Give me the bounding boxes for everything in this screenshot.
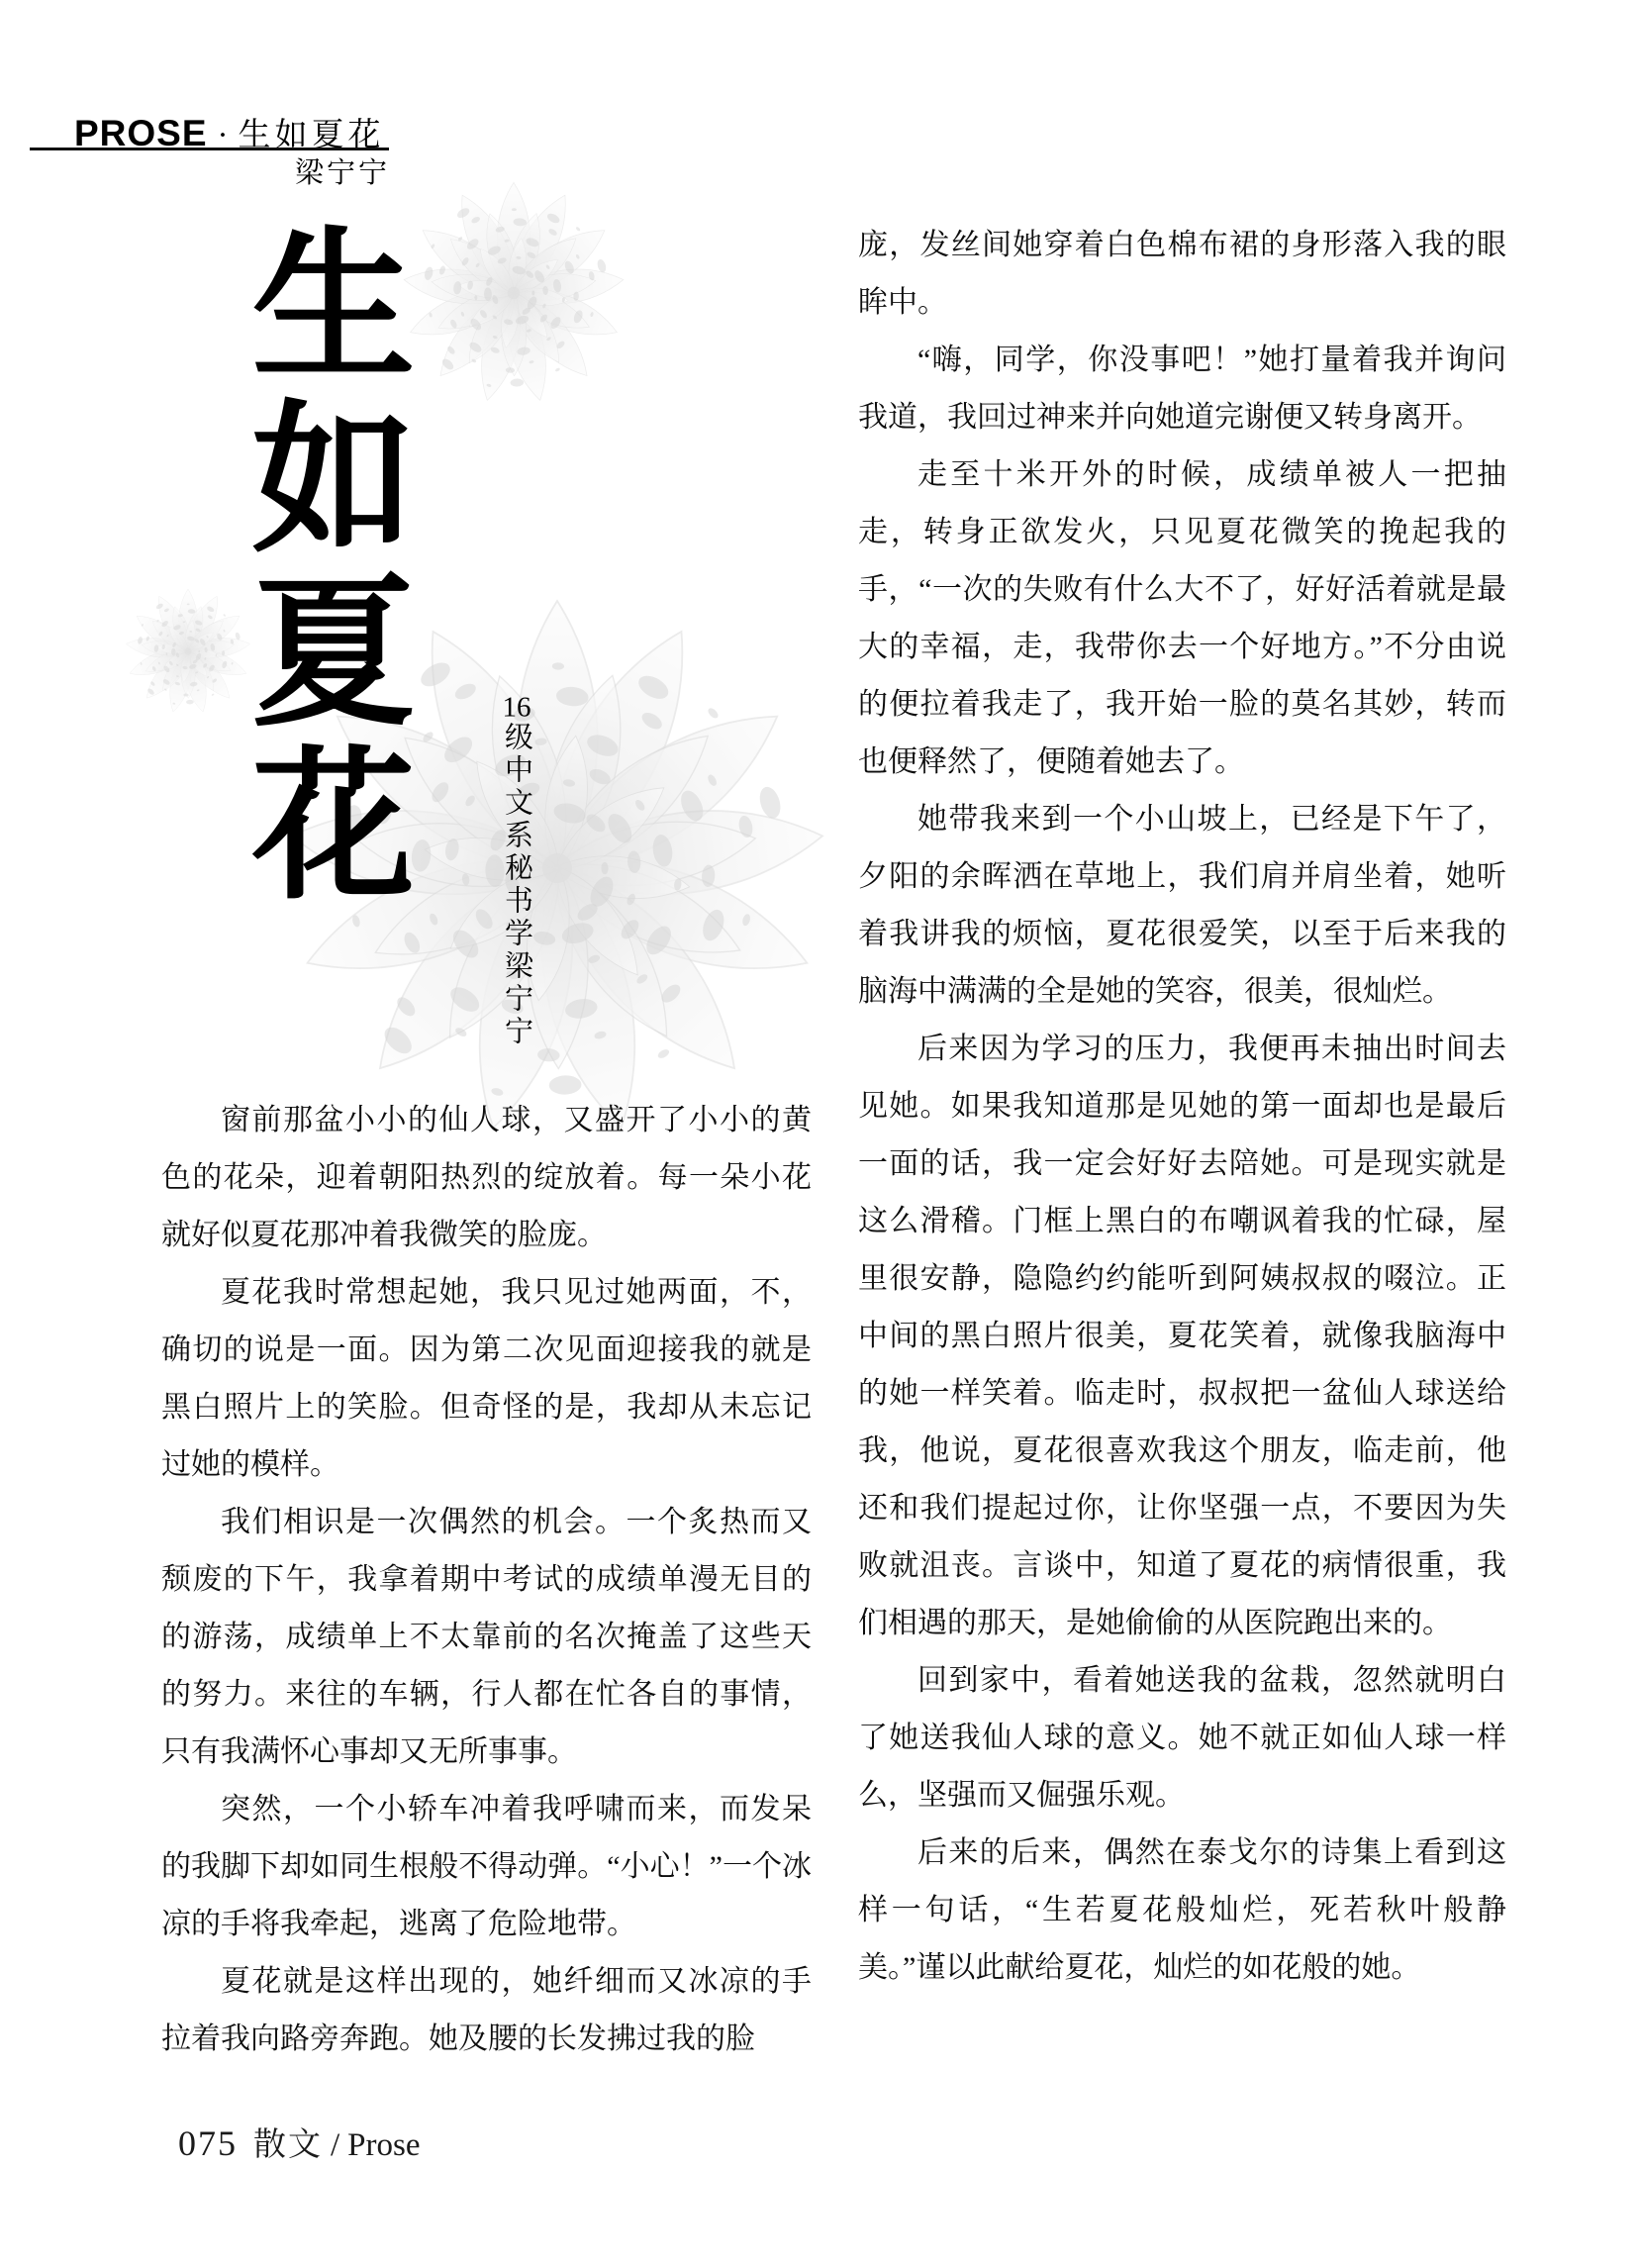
paragraph: 突然，一个小轿车冲着我呼啸而来，而发呆的我脚下却如同生根般不得动弹。“小心！”一… xyxy=(161,1781,812,1953)
page-number: 075 xyxy=(178,2123,238,2163)
paragraph: 庞，发丝间她穿着白色棉布裙的身形落入我的眼眸中。 xyxy=(858,217,1506,332)
magazine-page: PROSE·生如夏花 梁宁宁 生如夏花 16级中文系秘书学梁宁宁 窗前那盆小小的… xyxy=(0,0,1640,2268)
title-character: 生 xyxy=(249,222,418,395)
paragraph: 回到家中，看着她送我的盆栽，忽然就明白了她送我仙人球的意义。她不就正如仙人球一样… xyxy=(858,1652,1506,1824)
title-character: 夏 xyxy=(249,568,418,741)
text-column-right: 庞，发丝间她穿着白色棉布裙的身形落入我的眼眸中。“嗨，同学，你没事吧！”她打量着… xyxy=(858,217,1506,1997)
paragraph: 后来的后来，偶然在泰戈尔的诗集上看到这样一句话，“生若夏花般灿烂，死若秋叶般静美… xyxy=(858,1824,1506,1997)
article-byline: 16级中文系秘书学梁宁宁 xyxy=(497,693,537,1069)
section-name-en: Prose xyxy=(347,2127,420,2163)
text-column-left: 窗前那盆小小的仙人球，又盛开了小小的黄色的花朵，迎着朝阳热烈的绽放着。每一朵小花… xyxy=(161,1092,812,2068)
paragraph: 窗前那盆小小的仙人球，又盛开了小小的黄色的花朵，迎着朝阳热烈的绽放着。每一朵小花… xyxy=(161,1092,812,1264)
author-name: 梁宁宁 xyxy=(295,150,394,191)
byline-cohort-number: 16 xyxy=(501,693,532,722)
paragraph: 走至十米开外的时候，成绩单被人一把抽走，转身正欲发火，只见夏花微笑的挽起我的手，… xyxy=(858,446,1506,791)
paragraph: 我们相识是一次偶然的机会。一个炙热而又颓废的下午，我拿着期中考试的成绩单漫无目的… xyxy=(161,1494,812,1781)
paragraph: 夏花我时常想起她，我只见过她两面，不，确切的说是一面。因为第二次见面迎接我的就是… xyxy=(161,1264,812,1494)
flower-illustration-top-right-icon xyxy=(391,170,636,416)
paragraph: 她带我来到一个小山坡上，已经是下午了，夕阳的余晖洒在草地上，我们肩并肩坐着，她听… xyxy=(858,791,1506,1021)
paragraph: 夏花就是这样出现的，她纤细而又冰凉的手拉着我向路旁奔跑。她及腰的长发拂过我的脸 xyxy=(161,1953,812,2068)
title-character: 花 xyxy=(249,741,418,915)
article-title: 生如夏花 xyxy=(249,222,418,915)
paragraph: “嗨，同学，你没事吧！”她打量着我并询问我道，我回过神来并向她道完谢便又转身离开… xyxy=(858,332,1506,446)
section-name-cn: 散文 xyxy=(253,2127,323,2163)
page-footer: 075散文/Prose xyxy=(178,2119,421,2165)
paragraph: 后来因为学习的压力，我便再未抽出时间去见她。如果我知道那是见她的第一面却也是最后… xyxy=(858,1021,1506,1652)
title-character: 如 xyxy=(249,395,418,568)
footer-separator: / xyxy=(331,2127,339,2163)
flower-illustration-left-small-icon xyxy=(119,582,257,721)
